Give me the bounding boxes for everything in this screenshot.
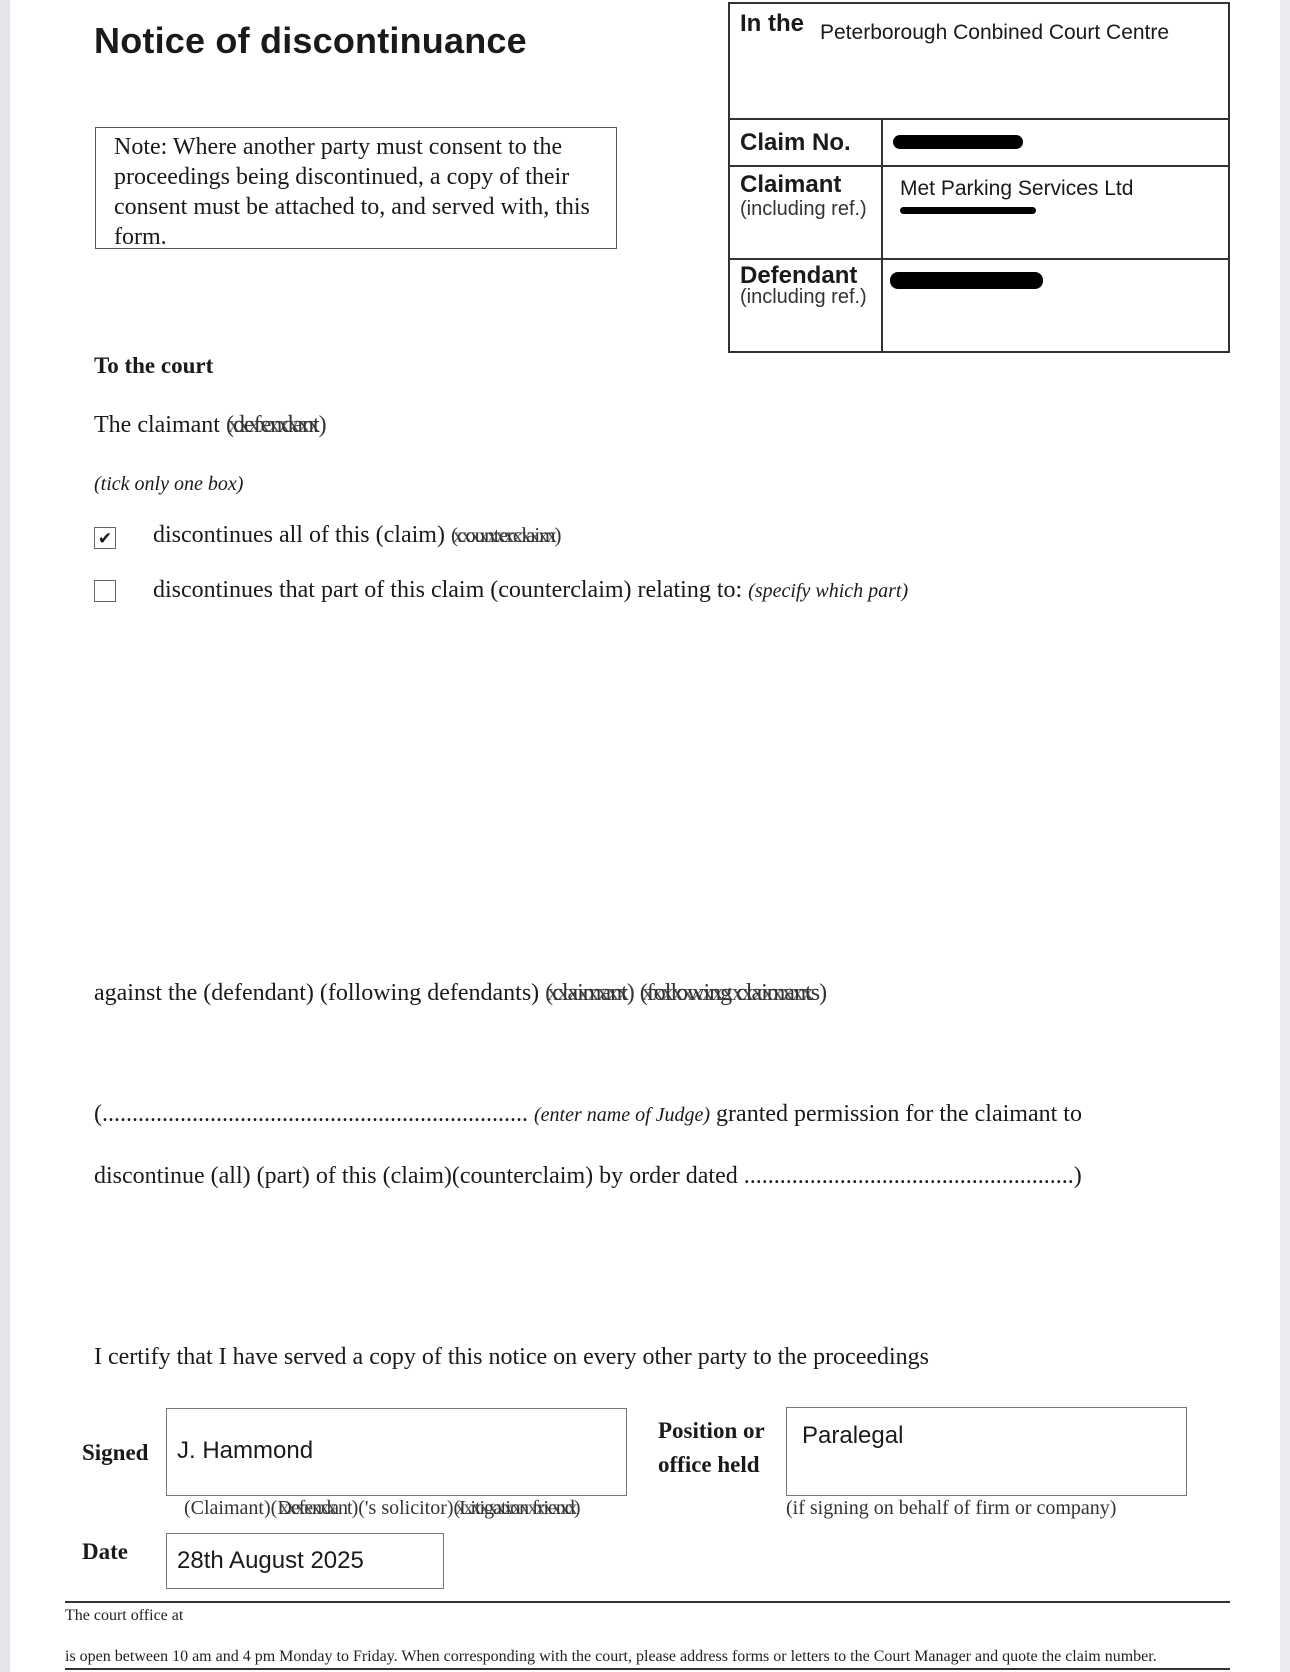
- position-label: Position or office held: [658, 1414, 765, 1482]
- claim-no-redaction: [893, 135, 1023, 149]
- signed-value: J. Hammond: [177, 1437, 313, 1465]
- caption-claimant: (Claimant)(: [184, 1497, 277, 1519]
- discontinue-part-checkbox[interactable]: [94, 580, 116, 602]
- consent-note: Note: Where another party must consent t…: [95, 127, 617, 249]
- court-hours-line: is open between 10 am and 4 pm Monday to…: [65, 1648, 1157, 1666]
- caption-struck-defendant: Defendant: [277, 1497, 351, 1519]
- position-label-line-1: Position or: [658, 1414, 765, 1448]
- option-part-text: discontinues that part of this claim (co…: [153, 577, 742, 603]
- position-caption: (if signing on behalf of firm or company…: [786, 1497, 1116, 1520]
- claimant-text: The claimant: [94, 412, 220, 438]
- specify-part-hint: (specify which part): [748, 580, 908, 602]
- to-the-court-heading: To the court: [94, 353, 213, 379]
- struck-following-claimants-text: (following claimants): [640, 980, 826, 1006]
- checkmark-icon: ✔: [98, 530, 112, 547]
- footer-top-rule: [65, 1601, 1230, 1603]
- claimant-name-field[interactable]: Met Parking Services Ltd: [900, 177, 1133, 201]
- defendant-row: Defendant (including ref.): [730, 260, 1228, 353]
- signed-field[interactable]: J. Hammond: [166, 1408, 627, 1496]
- defendant-redaction: [890, 272, 1043, 289]
- page-margin-left: [0, 0, 10, 1672]
- judge-name-field[interactable]: (.......................................…: [94, 1101, 528, 1127]
- specify-part-area[interactable]: [153, 615, 1223, 955]
- judge-suffix-text: granted permission for the claimant to: [716, 1101, 1082, 1127]
- position-value: Paralegal: [802, 1422, 903, 1450]
- claimant-sub-label: (including ref.): [740, 198, 867, 221]
- discontinue-all-checkbox[interactable]: ✔: [94, 527, 116, 549]
- claim-no-row: Claim No.: [730, 120, 1228, 167]
- caption-struck-litigation-friend: (Litigation friend): [454, 1497, 580, 1519]
- option-discontinue-all: discontinues all of this (claim) (counte…: [153, 522, 561, 549]
- claimant-ref-redaction: [900, 207, 1036, 214]
- footer-bottom-rule: [65, 1668, 1230, 1670]
- struck-counterclaim-text: (counterclaim): [451, 523, 561, 547]
- caption-solicitor: )('s solicitor): [352, 1497, 454, 1519]
- tick-instruction: (tick only one box): [94, 473, 243, 496]
- against-statement: against the (defendant) (following defen…: [94, 980, 826, 1007]
- in-the-label: In the: [740, 10, 804, 38]
- claimant-row: Claimant (including ref.) Met Parking Se…: [730, 167, 1228, 260]
- certification-statement: I certify that I have served a copy of t…: [94, 1344, 929, 1371]
- claim-no-label: Claim No.: [740, 129, 851, 157]
- page-margin-right: [1280, 0, 1290, 1672]
- court-name-field[interactable]: Peterborough Conbined Court Centre: [820, 21, 1169, 45]
- claimant-label: Claimant: [740, 171, 841, 199]
- defendant-sub-label: (including ref.): [740, 286, 867, 309]
- court-details-box: In the Peterborough Conbined Court Centr…: [728, 2, 1230, 353]
- date-field[interactable]: 28th August 2025: [166, 1533, 444, 1589]
- order-date-line[interactable]: discontinue (all) (part) of this (claim)…: [94, 1163, 1082, 1190]
- against-text: against the (defendant) (following defen…: [94, 980, 539, 1006]
- struck-defendant-text: (defendant): [226, 412, 326, 438]
- date-label: Date: [82, 1539, 128, 1565]
- court-row: In the Peterborough Conbined Court Centr…: [730, 4, 1228, 120]
- court-office-line: The court office at: [65, 1607, 183, 1625]
- option-all-text: discontinues all of this (claim): [153, 522, 445, 548]
- claimant-statement: The claimant (defendant): [94, 412, 326, 439]
- date-value: 28th August 2025: [177, 1547, 364, 1575]
- option-discontinue-part: discontinues that part of this claim (co…: [153, 577, 908, 604]
- judge-permission-line: (.......................................…: [94, 1101, 1082, 1128]
- page-title: Notice of discontinuance: [94, 20, 527, 62]
- signed-label: Signed: [82, 1440, 148, 1466]
- signed-capacity-caption: (Claimant)(Defendant)('s solicitor)(Liti…: [184, 1497, 579, 1520]
- position-label-line-2: office held: [658, 1448, 765, 1482]
- position-field[interactable]: Paralegal: [786, 1407, 1187, 1496]
- struck-claimant-text: (claimant): [545, 980, 634, 1006]
- judge-hint: (enter name of Judge): [534, 1104, 710, 1126]
